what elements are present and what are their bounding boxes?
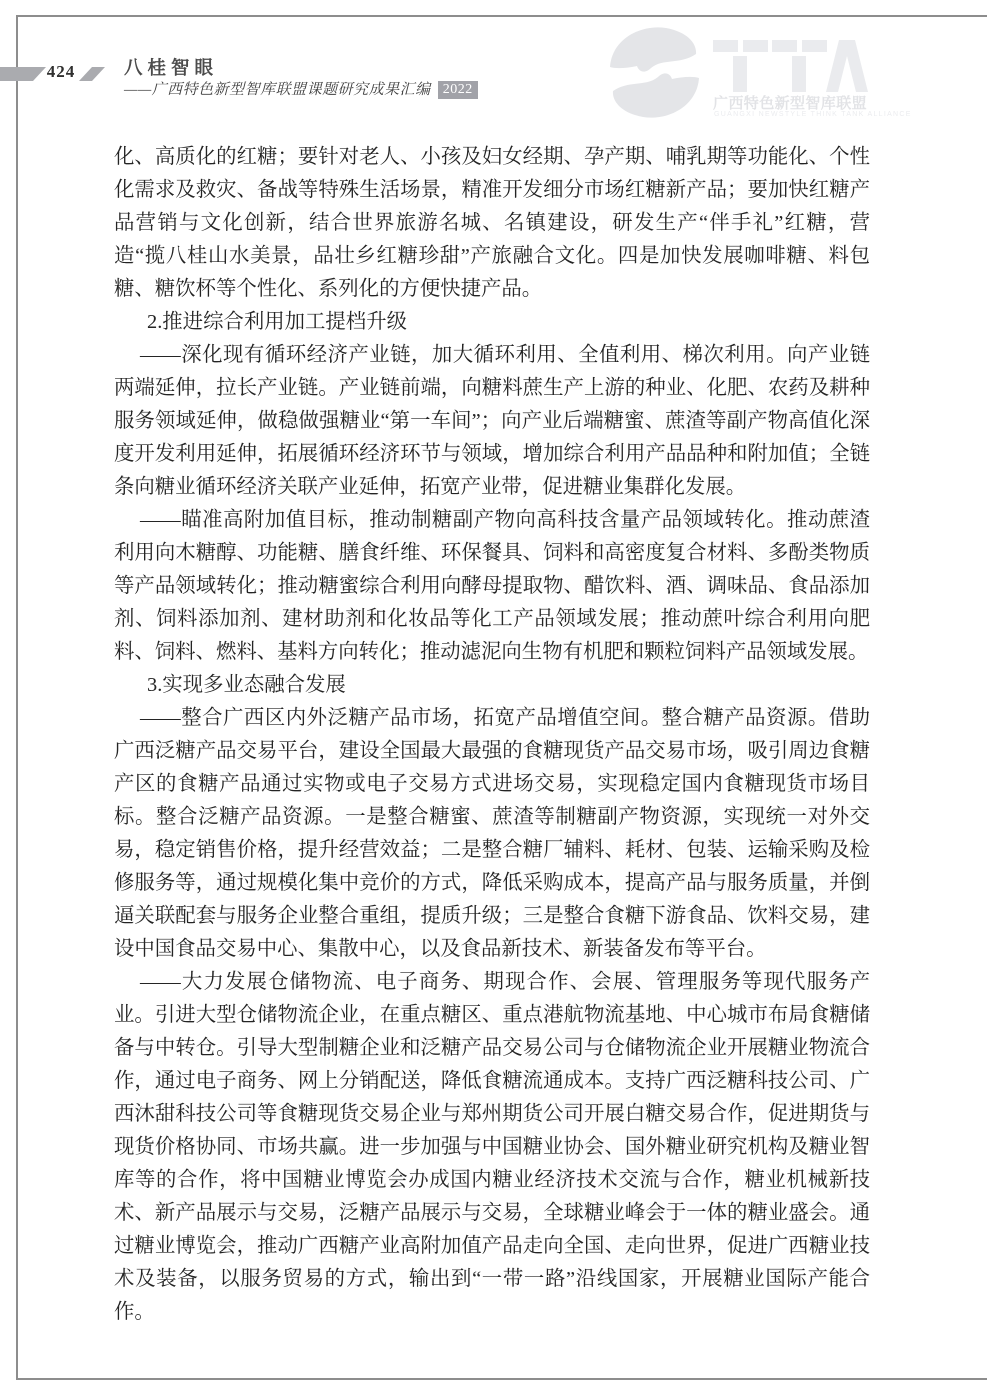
body-paragraph: 化、高质化的红糖；要针对老人、小孩及妇女经期、孕产期、哺乳期等功能化、个性化需求… bbox=[114, 141, 870, 306]
body-paragraph: ——大力发展仓储物流、电子商务、期现合作、会展、管理服务等现代服务产业。引进大型… bbox=[114, 966, 870, 1329]
page-number-bar-icon bbox=[0, 67, 46, 81]
book-title: 八桂智眼 bbox=[124, 54, 218, 80]
page-border-left bbox=[16, 15, 18, 1380]
tta-letters-icon bbox=[713, 40, 868, 92]
book-page: 广西特色新型智库联盟 GUANGXI NEWSTYLE THINK TANK A… bbox=[0, 0, 987, 1396]
body-paragraph: ——深化现有循环经济产业链，加大循环利用、全值利用、梯次利用。向产业链两端延伸，… bbox=[114, 339, 870, 504]
leaf-lower-icon bbox=[613, 73, 699, 117]
body-text: 化、高质化的红糖；要针对老人、小孩及妇女经期、孕产期、哺乳期等功能化、个性化需求… bbox=[114, 141, 870, 1329]
subtitle-text: ——广西特色新型智库联盟课题研究成果汇编 bbox=[124, 82, 431, 98]
body-paragraph: ——整合广西区内外泛糖产品市场，拓宽产品增值空间。整合糖产品资源。借助广西泛糖产… bbox=[114, 702, 870, 966]
page-border-bottom bbox=[16, 1378, 987, 1380]
section-heading: 3.实现多业态融合发展 bbox=[114, 669, 870, 702]
body-paragraph: ——瞄准高附加值目标，推动制糖副产物向高科技含量产品领域转化。推动蔗渣利用向木糖… bbox=[114, 504, 870, 669]
page-number: 424 bbox=[44, 62, 78, 82]
think-tank-logo: 广西特色新型智库联盟 GUANGXI NEWSTYLE THINK TANK A… bbox=[600, 22, 870, 122]
year-badge: 2022 bbox=[438, 81, 478, 99]
section-heading: 2.推进综合利用加工提档升级 bbox=[114, 306, 870, 339]
page-border-top bbox=[16, 15, 987, 17]
leaf-upper-icon bbox=[610, 27, 696, 71]
logo-name-en: GUANGXI NEWSTYLE THINK TANK ALLIANCE bbox=[714, 111, 912, 118]
logo-name-cn: 广西特色新型智库联盟 bbox=[713, 92, 867, 113]
page-number-slash-icon bbox=[79, 67, 105, 81]
book-subtitle: ——广西特色新型智库联盟课题研究成果汇编2022 bbox=[124, 78, 478, 99]
